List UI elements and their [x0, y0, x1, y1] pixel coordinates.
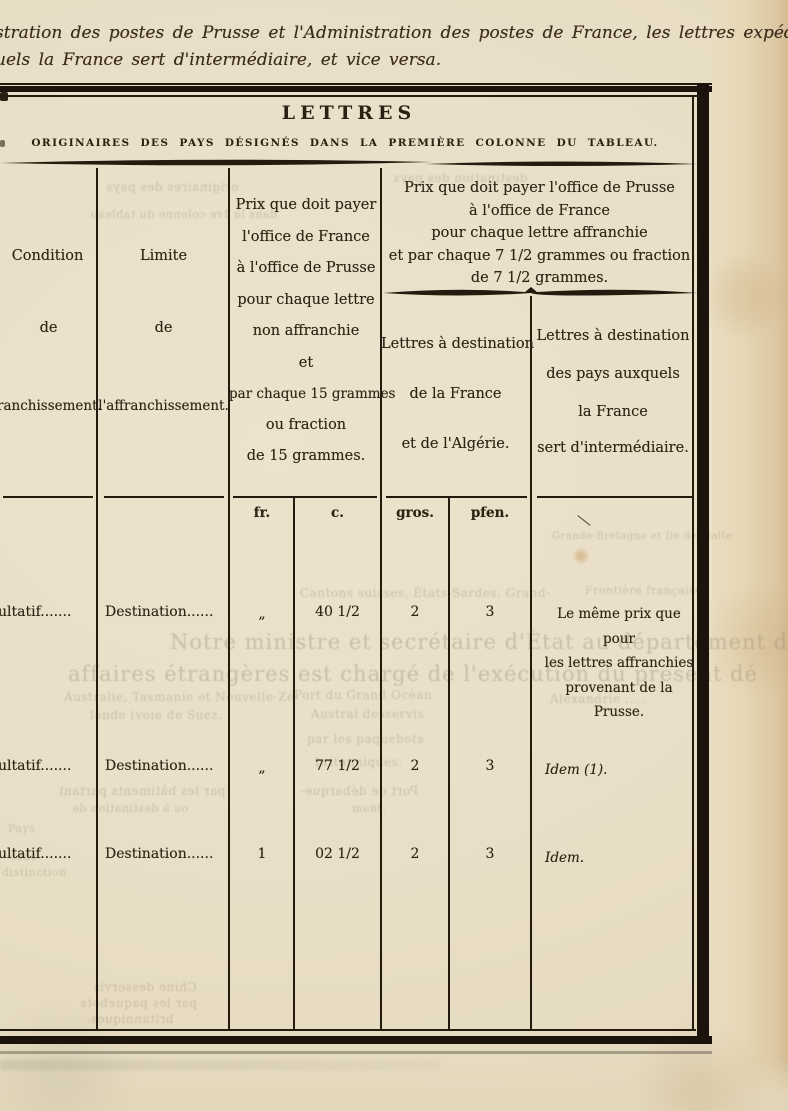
row2-note: Idem (1). [545, 758, 695, 783]
table-border-bottom-shadow [0, 1051, 712, 1054]
scanned-page: stration des postes de Prusse et l'Admin… [0, 0, 788, 1111]
col-header-limite-line2: de [97, 320, 230, 336]
col-header-dest-interm-line4: sert d'intermédiaire. [531, 440, 695, 456]
bleedthrough-text: Port de débarque- [300, 784, 418, 798]
page-right-margin [712, 0, 788, 1111]
row1-fr-value: „ [231, 606, 293, 622]
table-border-top [0, 86, 712, 92]
paper-smudge [0, 1060, 440, 1070]
col-header-dest-interm-line3: la France [531, 404, 695, 420]
header-underline-5 [537, 496, 694, 498]
row3-note: Idem. [545, 846, 695, 871]
row3-condition: ultatif....... [0, 846, 71, 862]
col-header-dest-france-line1: Lettres à destination [381, 336, 530, 352]
col-header-condition-line3: ranchissement. [0, 398, 102, 414]
row3-pfen-value: 3 [450, 846, 530, 862]
row1-condition: ultatif....... [0, 604, 71, 620]
ink-mark [577, 515, 590, 526]
row3-gros-value: 2 [382, 846, 448, 862]
bleedthrough-text: lande (voie de Suez. [90, 708, 223, 722]
row1-note-line1: Le même prix que pour [540, 602, 698, 651]
bleedthrough-text: Frontière française [585, 584, 702, 597]
col-header-prix-france-line9: de 15 grammes. [231, 448, 381, 464]
bleedthrough-text: britanniques. [86, 1012, 174, 1026]
col-header-prix-france-line7: par chaque 15 grammes [229, 386, 383, 402]
row1-note-line2: les lettres affranchies [540, 651, 698, 676]
bleedthrough-text: Pays [8, 822, 35, 835]
row1-gros-value: 2 [382, 604, 448, 620]
row1-c-value: 40 1/2 [295, 604, 380, 620]
column-rule-1 [96, 168, 98, 1030]
header-underline-3 [233, 496, 377, 498]
row1-limite: Destination...... [105, 604, 213, 620]
table-border-bottom-inner [0, 1029, 696, 1031]
bleedthrough-text: Port du Grand Océan [294, 688, 432, 702]
bleedthrough-text: Austral desservis [311, 707, 424, 721]
col-header-prix-prusse-line5: de 7 1/2 grammes. [381, 270, 698, 286]
ink-speck [0, 92, 8, 101]
row2-condition: ultatif....... [0, 758, 71, 774]
row2-pfen-value: 3 [450, 758, 530, 774]
col-header-dest-france-line2: de la France [381, 386, 530, 402]
col-header-prix-prusse-line3: pour chaque lettre affranchie [381, 225, 698, 241]
table-border-top-thin [0, 83, 712, 85]
table-title: LETTRES [0, 102, 698, 124]
col-header-prix-france-line2: l'office de France [231, 229, 381, 245]
col-header-limite-line1: Limite [97, 248, 230, 264]
row2-gros-value: 2 [382, 758, 448, 774]
col-header-condition-line2: de [0, 320, 97, 336]
table-border-top-inner [0, 95, 700, 97]
unit-label-pfen: pfen. [450, 505, 530, 521]
col-header-prix-france-line5: non affranchie [231, 323, 381, 339]
bleedthrough-text: ou à destination de [72, 802, 188, 815]
row1-pfen-value: 3 [450, 604, 530, 620]
row2-fr-value: „ [231, 760, 293, 776]
bleedthrough-text: distinction [2, 866, 67, 879]
col-header-dest-interm-line1: Lettres à destination [531, 328, 695, 344]
col-header-prix-prusse-line4: et par chaque 7 1/2 grammes ou fraction [381, 248, 698, 264]
row3-c-value: 02 1/2 [295, 846, 380, 862]
intro-paragraph: stration des postes de Prusse et l'Admin… [0, 20, 755, 74]
col-header-prix-france-line8: ou fraction [231, 417, 381, 433]
unit-label-fr: fr. [231, 505, 293, 521]
bleedthrough-text: Cantons suisses, États-Sardes, Grand- [300, 586, 551, 600]
intro-line-1: stration des postes de Prusse et l'Admin… [0, 20, 755, 47]
bleedthrough-text: Chine desservis [93, 980, 197, 994]
row3-limite: Destination...... [105, 846, 213, 862]
column-rule-2 [228, 168, 230, 1030]
unit-label-c: c. [295, 505, 380, 521]
row3-fr-value: 1 [231, 846, 293, 862]
row1-note: Le même prix que pour les lettres affran… [540, 602, 698, 725]
table-border-bottom [0, 1036, 712, 1044]
row1-note-line3: provenant de la Prusse. [540, 676, 698, 725]
col-header-limite-line3: l'affranchissement. [97, 398, 230, 414]
col-header-dest-france-line3: et de l'Algérie. [381, 436, 530, 452]
header-underline-4 [386, 496, 527, 498]
bleedthrough-text: originaires des pays [106, 180, 238, 194]
col-header-prix-prusse-line2: à l'office de France [381, 203, 698, 219]
unit-label-gros: gros. [382, 505, 448, 521]
col-header-prix-france-line3: à l'office de Prusse [231, 260, 381, 276]
header-underline-1 [3, 496, 93, 498]
col-header-prix-france-line4: pour chaque lettre [231, 292, 381, 308]
table-border-right [697, 83, 709, 1044]
swell-rule-top [0, 156, 712, 170]
bleedthrough-text: par les bâtiments partant [58, 784, 225, 798]
col-header-condition-line1: Condition [0, 248, 97, 264]
col-header-prix-france-line1: Prix que doit payer [231, 197, 381, 213]
header-underline-2 [104, 496, 224, 498]
col-header-prix-prusse-line1: Prix que doit payer l'office de Prusse [381, 180, 698, 196]
col-header-prix-france-line6: et [231, 355, 381, 371]
row2-c-value: 77 1/2 [295, 758, 380, 774]
bleedthrough-text: Australie, Tasmanie et Nouvelle-Zé- [64, 690, 299, 704]
col-header-dest-interm-line2: des pays auxquels [531, 366, 695, 382]
intro-line-2: uels la France sert d'intermédiaire, et … [0, 47, 755, 74]
table-subtitle: ORIGINAIRES DES PAYS DÉSIGNÉS DANS LA PR… [0, 137, 690, 149]
row2-limite: Destination...... [105, 758, 213, 774]
bleedthrough-text: par les paquebots [307, 732, 424, 746]
